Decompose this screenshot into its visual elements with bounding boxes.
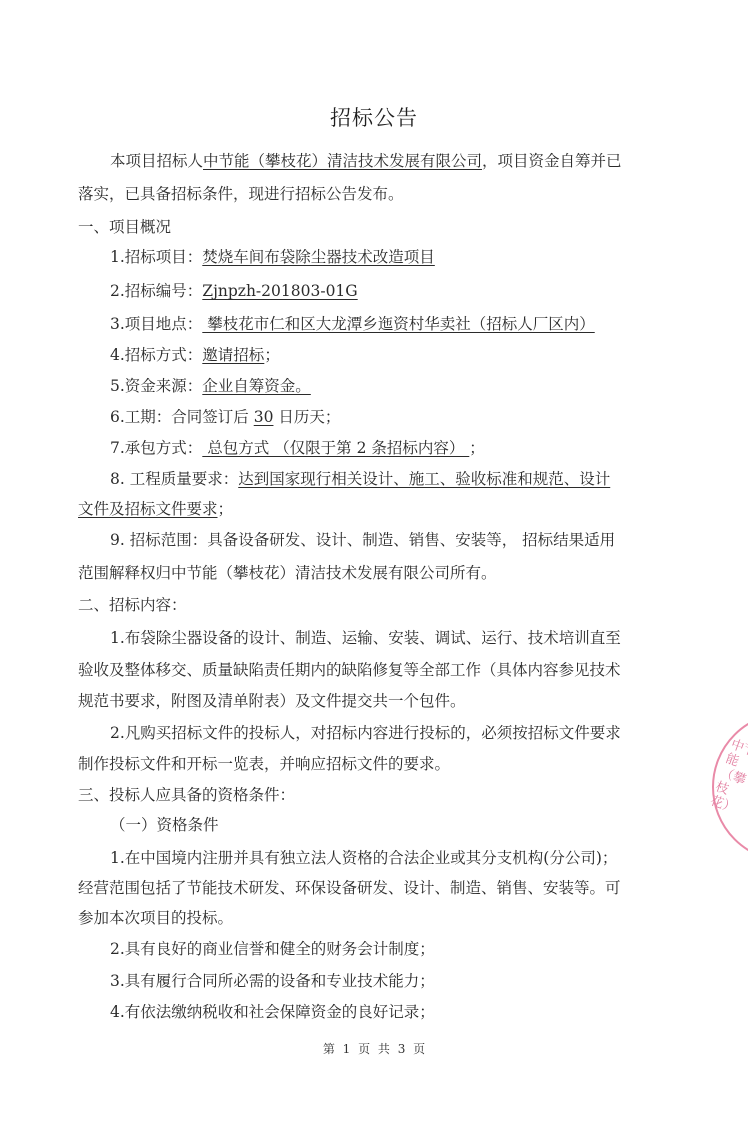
- item-label: 5.资金来源：: [110, 377, 202, 395]
- item-scope-line-2: 范围解释权归中节能（攀枝花）清洁技术发展有限公司所有。: [78, 562, 497, 584]
- item-tender-number: 2.招标编号：Zjnpzh-201803-01G: [110, 280, 358, 302]
- item-value: 邀请招标: [202, 346, 264, 364]
- qual-p1-line-3: 参加本次项目的投标。: [78, 907, 233, 929]
- item-value: 企业自筹资金。: [202, 377, 311, 395]
- intro-line-2: 落实，已具备招标条件，现进行招标公告发布。: [78, 183, 404, 205]
- item-project: 1.招标项目：焚烧车间布袋除尘器技术改造项目: [110, 246, 435, 268]
- content-p1-line-2: 验收及整体移交、质量缺陷责任期内的缺陷修复等全部工作（具体内容参见技术: [78, 659, 621, 681]
- item-value: 30: [254, 408, 274, 426]
- qual-item-2: 2.具有良好的商业信誉和健全的财务会计制度；: [110, 938, 435, 960]
- item-method: 4.招标方式：邀请招标；: [110, 344, 280, 366]
- item-tail: 日历天；: [273, 408, 340, 426]
- intro-suffix: ，项目资金自筹并已: [482, 152, 622, 170]
- item-quality-line-2: 文件及招标文件要求；: [78, 498, 233, 520]
- item-value: 攀枝花市仁和区大龙潭乡迤资村华卖社（招标人厂区内）: [202, 315, 594, 333]
- qual-p1-line-1: 1.在中国境内注册并具有独立法人资格的合法企业或其分支机构(分公司)；: [110, 847, 617, 869]
- item-label: 3.项目地点：: [110, 315, 202, 333]
- item-funding: 5.资金来源：企业自筹资金。: [110, 375, 311, 397]
- item-value: 总包方式 （仅限于第 2 条招标内容）: [202, 439, 469, 457]
- item-quality-line-1: 8. 工程质量要求：达到国家现行相关设计、施工、验收标准和规范、设计: [110, 468, 610, 490]
- item-label: 4.招标方式：: [110, 346, 202, 364]
- item-value: 文件及招标文件要求: [78, 500, 218, 518]
- qual-p1-line-2: 经营范围包括了节能技术研发、环保设备研发、设计、制造、销售、安装等。可: [78, 877, 621, 899]
- item-label: 7.承包方式：: [110, 439, 202, 457]
- section-heading-overview: 一、项目概况: [78, 216, 171, 238]
- item-location: 3.项目地点： 攀枝花市仁和区大龙潭乡迤资村华卖社（招标人厂区内）: [110, 313, 595, 335]
- item-contract-mode: 7.承包方式： 总包方式 （仅限于第 2 条招标内容） ；: [110, 437, 485, 459]
- item-tail: ；: [469, 439, 485, 457]
- item-label: 2.招标编号：: [110, 282, 202, 300]
- content-p1-line-1: 1.布袋除尘器设备的设计、制造、运输、安装、调试、运行、技术培训直至: [110, 627, 621, 649]
- section-heading-content: 二、招标内容：: [78, 594, 187, 616]
- item-scope-line-1: 9. 招标范围：具备设备研发、设计、制造、销售、安装等， 招标结果适用: [110, 529, 615, 551]
- item-label: 6.工期：合同签订后: [110, 408, 254, 426]
- intro-prefix: 本项目招标人: [110, 152, 203, 170]
- item-label: 8. 工程质量要求：: [110, 470, 238, 488]
- item-value: Zjnpzh-201803-01G: [202, 282, 357, 300]
- subheading-qualifications: （一）资格条件: [110, 814, 219, 836]
- item-tail: ；: [218, 500, 234, 518]
- content-p1-line-3: 规范书要求，附图及清单附表）及文件提交共一个包件。: [78, 690, 466, 712]
- section-heading-qualifications: 三、投标人应具备的资格条件：: [78, 784, 295, 806]
- content-p2-line-1: 2.凡购买招标文件的投标人，对招标内容进行投标的，必须按招标文件要求: [110, 722, 621, 744]
- intro-line-1: 本项目招标人中节能（攀枝花）清洁技术发展有限公司，项目资金自筹并已: [110, 150, 622, 172]
- qual-item-4: 4.有依法缴纳税收和社会保障资金的良好记录；: [110, 1001, 435, 1023]
- page-title: 招标公告: [0, 102, 748, 132]
- qual-item-3: 3.具有履行合同所必需的设备和专业技术能力；: [110, 970, 435, 992]
- item-value: 焚烧车间布袋除尘器技术改造项目: [202, 248, 435, 266]
- content-p2-line-2: 制作投标文件和开标一览表，并响应招标文件的要求。: [78, 753, 450, 775]
- document-page: 招标公告 本项目招标人中节能（攀枝花）清洁技术发展有限公司，项目资金自筹并已 落…: [0, 0, 748, 1121]
- page-footer: 第 1 页 共 3 页: [0, 1040, 748, 1057]
- item-duration: 6.工期：合同签订后 30 日历天；: [110, 406, 340, 428]
- item-label: 1.招标项目：: [110, 248, 202, 266]
- item-tail: ；: [264, 346, 280, 364]
- tenderer-name: 中节能（攀枝花）清洁技术发展有限公司: [203, 152, 482, 170]
- item-value: 达到国家现行相关设计、施工、验收标准和规范、设计: [238, 470, 610, 488]
